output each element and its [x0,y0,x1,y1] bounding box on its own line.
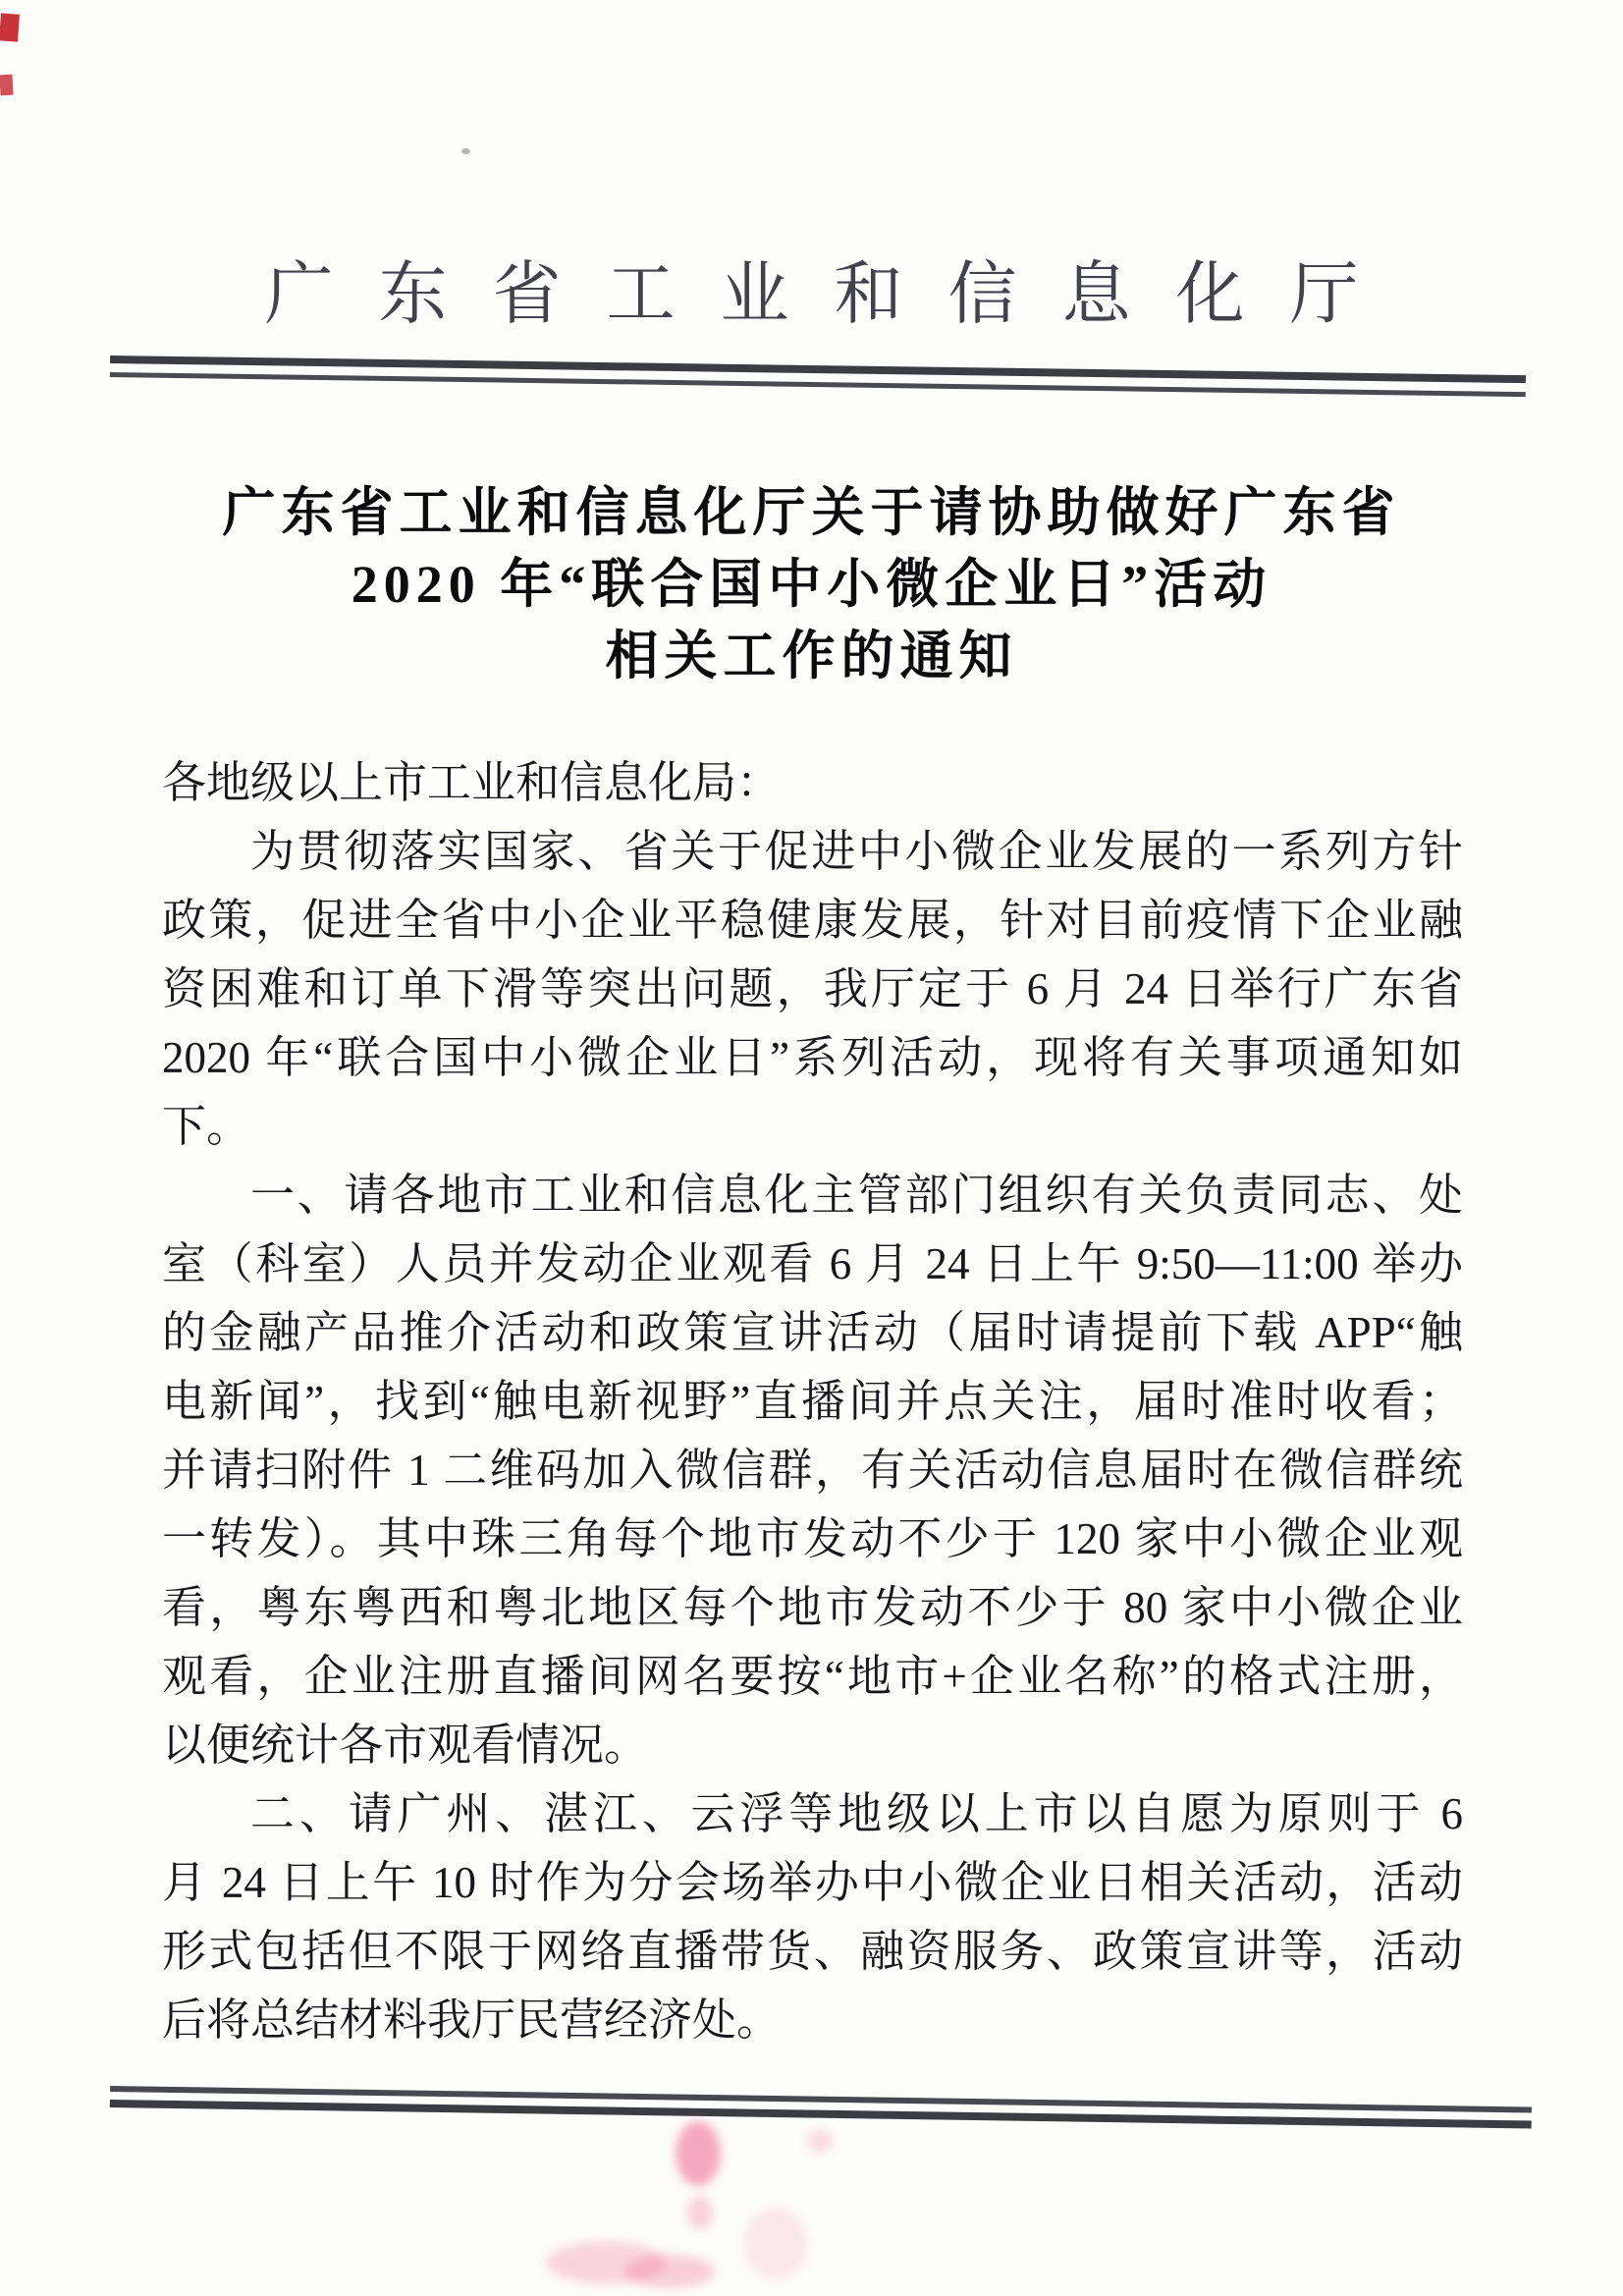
salutation: 各地级以上市工业和信息化局： [162,748,1463,817]
body-line: 资困难和订单下滑等突出问题，我厅定于 6 月 24 日举行广东省 [162,955,1463,1023]
stamp-bleed-mark [624,2255,715,2288]
body-line: 下。 [162,1092,1463,1161]
body-line: 以便统计各市观看情况。 [162,1711,1463,1779]
body-line: 看，粤东粤西和粤北地区每个地市发动不少于 80 家中小微企业 [162,1573,1463,1642]
stamp-bleed-mark [744,2208,807,2280]
title-line-1: 广东省工业和信息化厅关于请协助做好广东省 [79,477,1544,549]
stamp-bleed-mark [676,2121,721,2186]
body-line: 的金融产品推介活动和政策宣讲活动（届时请提前下载 APP“触 [162,1298,1463,1367]
scan-artifact-red-mark [0,13,20,41]
body-line: 为贯彻落实国家、省关于促进中小微企业发展的一系列方针 [162,817,1463,886]
body-line: 一、请各地市工业和信息化主管部门组织有关负责同志、处 [162,1161,1463,1230]
footer-divider [110,2086,1532,2128]
document-title: 广东省工业和信息化厅关于请协助做好广东省 2020 年“联合国中小微企业日”活动… [79,477,1544,692]
document-page: 广东省工业和信息化厅 广东省工业和信息化厅关于请协助做好广东省 2020 年“联… [0,0,1623,2296]
stamp-bleed-mark [807,2129,833,2153]
body-line: 2020 年“联合国中小微企业日”系列活动，现将有关事项通知如 [162,1023,1463,1092]
body-line: 形式包括但不限于网络直播带货、融资服务、政策宣讲等，活动 [162,1917,1463,1986]
body-line: 电新闻”，找到“触电新视野”直播间并点关注，届时准时收看； [162,1367,1463,1436]
body-line: 月 24 日上午 10 时作为分会场举办中小微企业日相关活动，活动 [162,1848,1463,1917]
title-line-2: 2020 年“联合国中小微企业日”活动 [79,549,1544,621]
scan-artifact-red-mark [0,75,14,96]
stamp-bleed-mark [687,2196,713,2229]
body-line: 并请扫附件 1 二维码加入微信群，有关活动信息届时在微信群统 [162,1436,1463,1504]
body-line: 观看，企业注册直播间网名要按“地市+企业名称”的格式注册， [162,1642,1463,1711]
body-line: 后将总结材料我厅民营经济处。 [162,1986,1463,2054]
body-line: 室（科室）人员并发动企业观看 6 月 24 日上午 9:50—11:00 举办 [162,1230,1463,1298]
body-line: 政策，促进全省中小企业平稳健康发展，针对目前疫情下企业融 [162,886,1463,955]
letterhead-divider [110,355,1526,397]
agency-letterhead: 广东省工业和信息化厅 [0,251,1623,340]
title-line-3: 相关工作的通知 [79,621,1544,692]
document-body: 各地级以上市工业和信息化局： 为贯彻落实国家、省关于促进中小微企业发展的一系列方… [162,748,1463,2054]
scan-artifact-dot [461,148,470,154]
body-line: 二、请广州、湛江、云浮等地级以上市以自愿为原则于 6 [162,1779,1463,1848]
body-line: 一转发）。其中珠三角每个地市发动不少于 120 家中小微企业观 [162,1504,1463,1573]
